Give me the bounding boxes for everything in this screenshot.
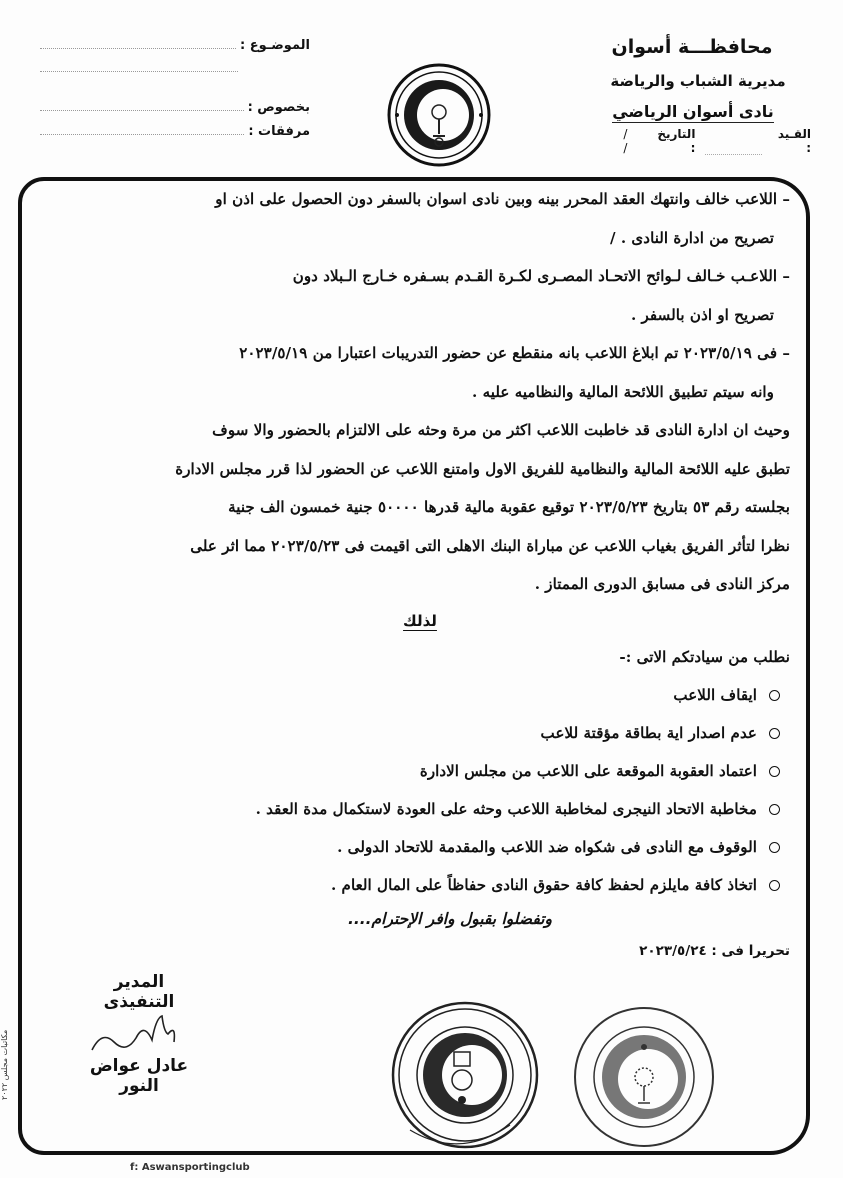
request-item: اعتماد العقوبة الموقعة على اللاعب من مجل… <box>50 752 780 790</box>
request-item: عدم اصدار اية بطاقة مؤقتة للاعب <box>50 714 780 752</box>
regarding-field <box>40 101 244 111</box>
regarding-row: بخصوص : <box>40 100 310 124</box>
letter-page: محافظـــة أسوان مديرية الشباب والرياضة ن… <box>0 0 843 1178</box>
subject-label: الموضـوع : <box>240 38 310 53</box>
letter-body: اللاعب خالف وانتهك العقد المحرر بينه وبي… <box>50 180 790 966</box>
point-3-line-1: فى ٢٠٢٣/٥/١٩ تم ابلاغ اللاعب بانه منقطع … <box>50 334 790 373</box>
point-2-line-1: اللاعـب خـالف لـوائح الاتحـاد المصـرى لك… <box>50 257 790 296</box>
attachments-label: مرفقات : <box>248 124 310 139</box>
subject-row: الموضـوع : <box>40 38 310 62</box>
point-2-line-2: تصريح او اذن بالسفر . <box>50 296 790 335</box>
club-title: نادى أسوان الرياضي <box>612 102 774 123</box>
regarding-label: بخصوص : <box>248 100 310 115</box>
club-stamp-icon <box>390 1000 540 1150</box>
governorate-title: محافظـــة أسوان <box>591 36 793 58</box>
subject-field <box>40 39 236 49</box>
registry-date-row: القـيد : التاريخ : / / <box>591 127 811 155</box>
request-list: ايقاف اللاعب عدم اصدار اية بطاقة مؤقتة ل… <box>50 676 790 904</box>
request-item: مخاطبة الاتحاد النيجرى لمخاطبة اللاعب وح… <box>50 790 780 828</box>
handwritten-signature-icon <box>84 1012 194 1056</box>
subject-field-2 <box>40 62 238 72</box>
club-stamp-icon <box>572 1005 717 1150</box>
written-on-date: ٢٠٢٣/٥/٢٤ <box>639 943 707 959</box>
date-value: / / <box>591 127 641 155</box>
request-intro: نطلب من سيادتكم الاتى :- <box>50 638 790 677</box>
paragraph-line-5: مركز النادى فى مسابق الدورى الممتاز . <box>50 565 790 604</box>
paragraph-line-1: وحيث ان ادارة النادى قد خاطبت اللاعب اكث… <box>50 411 790 450</box>
circle-bullet-icon <box>769 690 780 701</box>
signatory-name: عادل عواض النور <box>78 1056 200 1096</box>
club-emblem-icon <box>385 62 493 168</box>
closing-salutation: وتفضلوا بقبول وافر الإحترام.... <box>50 902 790 936</box>
request-item: ايقاف اللاعب <box>50 676 780 714</box>
date-label: التاريخ : <box>651 127 695 155</box>
request-item: اتخاذ كافة مايلزم لحفظ كافة حقوق النادى … <box>50 866 780 904</box>
footer-contact: f: Aswansportingclub <box>130 1162 830 1178</box>
directorate-title: مديرية الشباب والرياضة <box>591 72 805 90</box>
circle-bullet-icon <box>769 842 780 853</box>
paragraph-line-3: بجلسته رقم ٥٣ بتاريخ ٢٠٢٣/٥/٢٣ توقيع عقو… <box>50 488 790 527</box>
circle-bullet-icon <box>769 880 780 891</box>
attachments-field <box>40 125 244 135</box>
registry-label: القـيد : <box>772 127 811 155</box>
section-heading: لذلك <box>50 604 790 638</box>
subject-row-2 <box>40 62 310 86</box>
circle-bullet-icon <box>769 804 780 815</box>
registry-field <box>705 127 761 155</box>
paragraph-line-2: تطبق عليه اللائحة المالية والنظامية للفر… <box>50 450 790 489</box>
point-1-line-2: تصريح من ادارة النادى . / <box>50 219 790 258</box>
written-on-line: تحريرا فى : ٢٠٢٣/٥/٢٤ <box>50 936 790 966</box>
point-1-line-1: اللاعب خالف وانتهك العقد المحرر بينه وبي… <box>50 180 790 219</box>
circle-bullet-icon <box>769 728 780 739</box>
request-item: الوقوف مع النادى فى شكواه ضد اللاعب والم… <box>50 828 780 866</box>
attachments-row: مرفقات : <box>40 124 310 148</box>
signatory-title: المدير التنفيذى <box>78 972 200 1012</box>
letterhead-left: الموضـوع : بخصوص : مرفقات : <box>40 38 310 148</box>
point-3-line-2: وانه سيتم تطبيق اللائحة المالية والنظامي… <box>50 373 790 412</box>
paragraph-line-4: نظرا لتأثر الفريق بغياب اللاعب عن مباراة… <box>50 527 790 566</box>
signature-block: المدير التنفيذى عادل عواض النور <box>78 972 200 1096</box>
circle-bullet-icon <box>769 766 780 777</box>
margin-note: مكاتبات مجلس ٢٠٢٢ <box>0 1030 14 1130</box>
letterhead-right: محافظـــة أسوان مديرية الشباب والرياضة ن… <box>591 36 811 155</box>
written-on-label: تحريرا فى : <box>711 943 790 959</box>
